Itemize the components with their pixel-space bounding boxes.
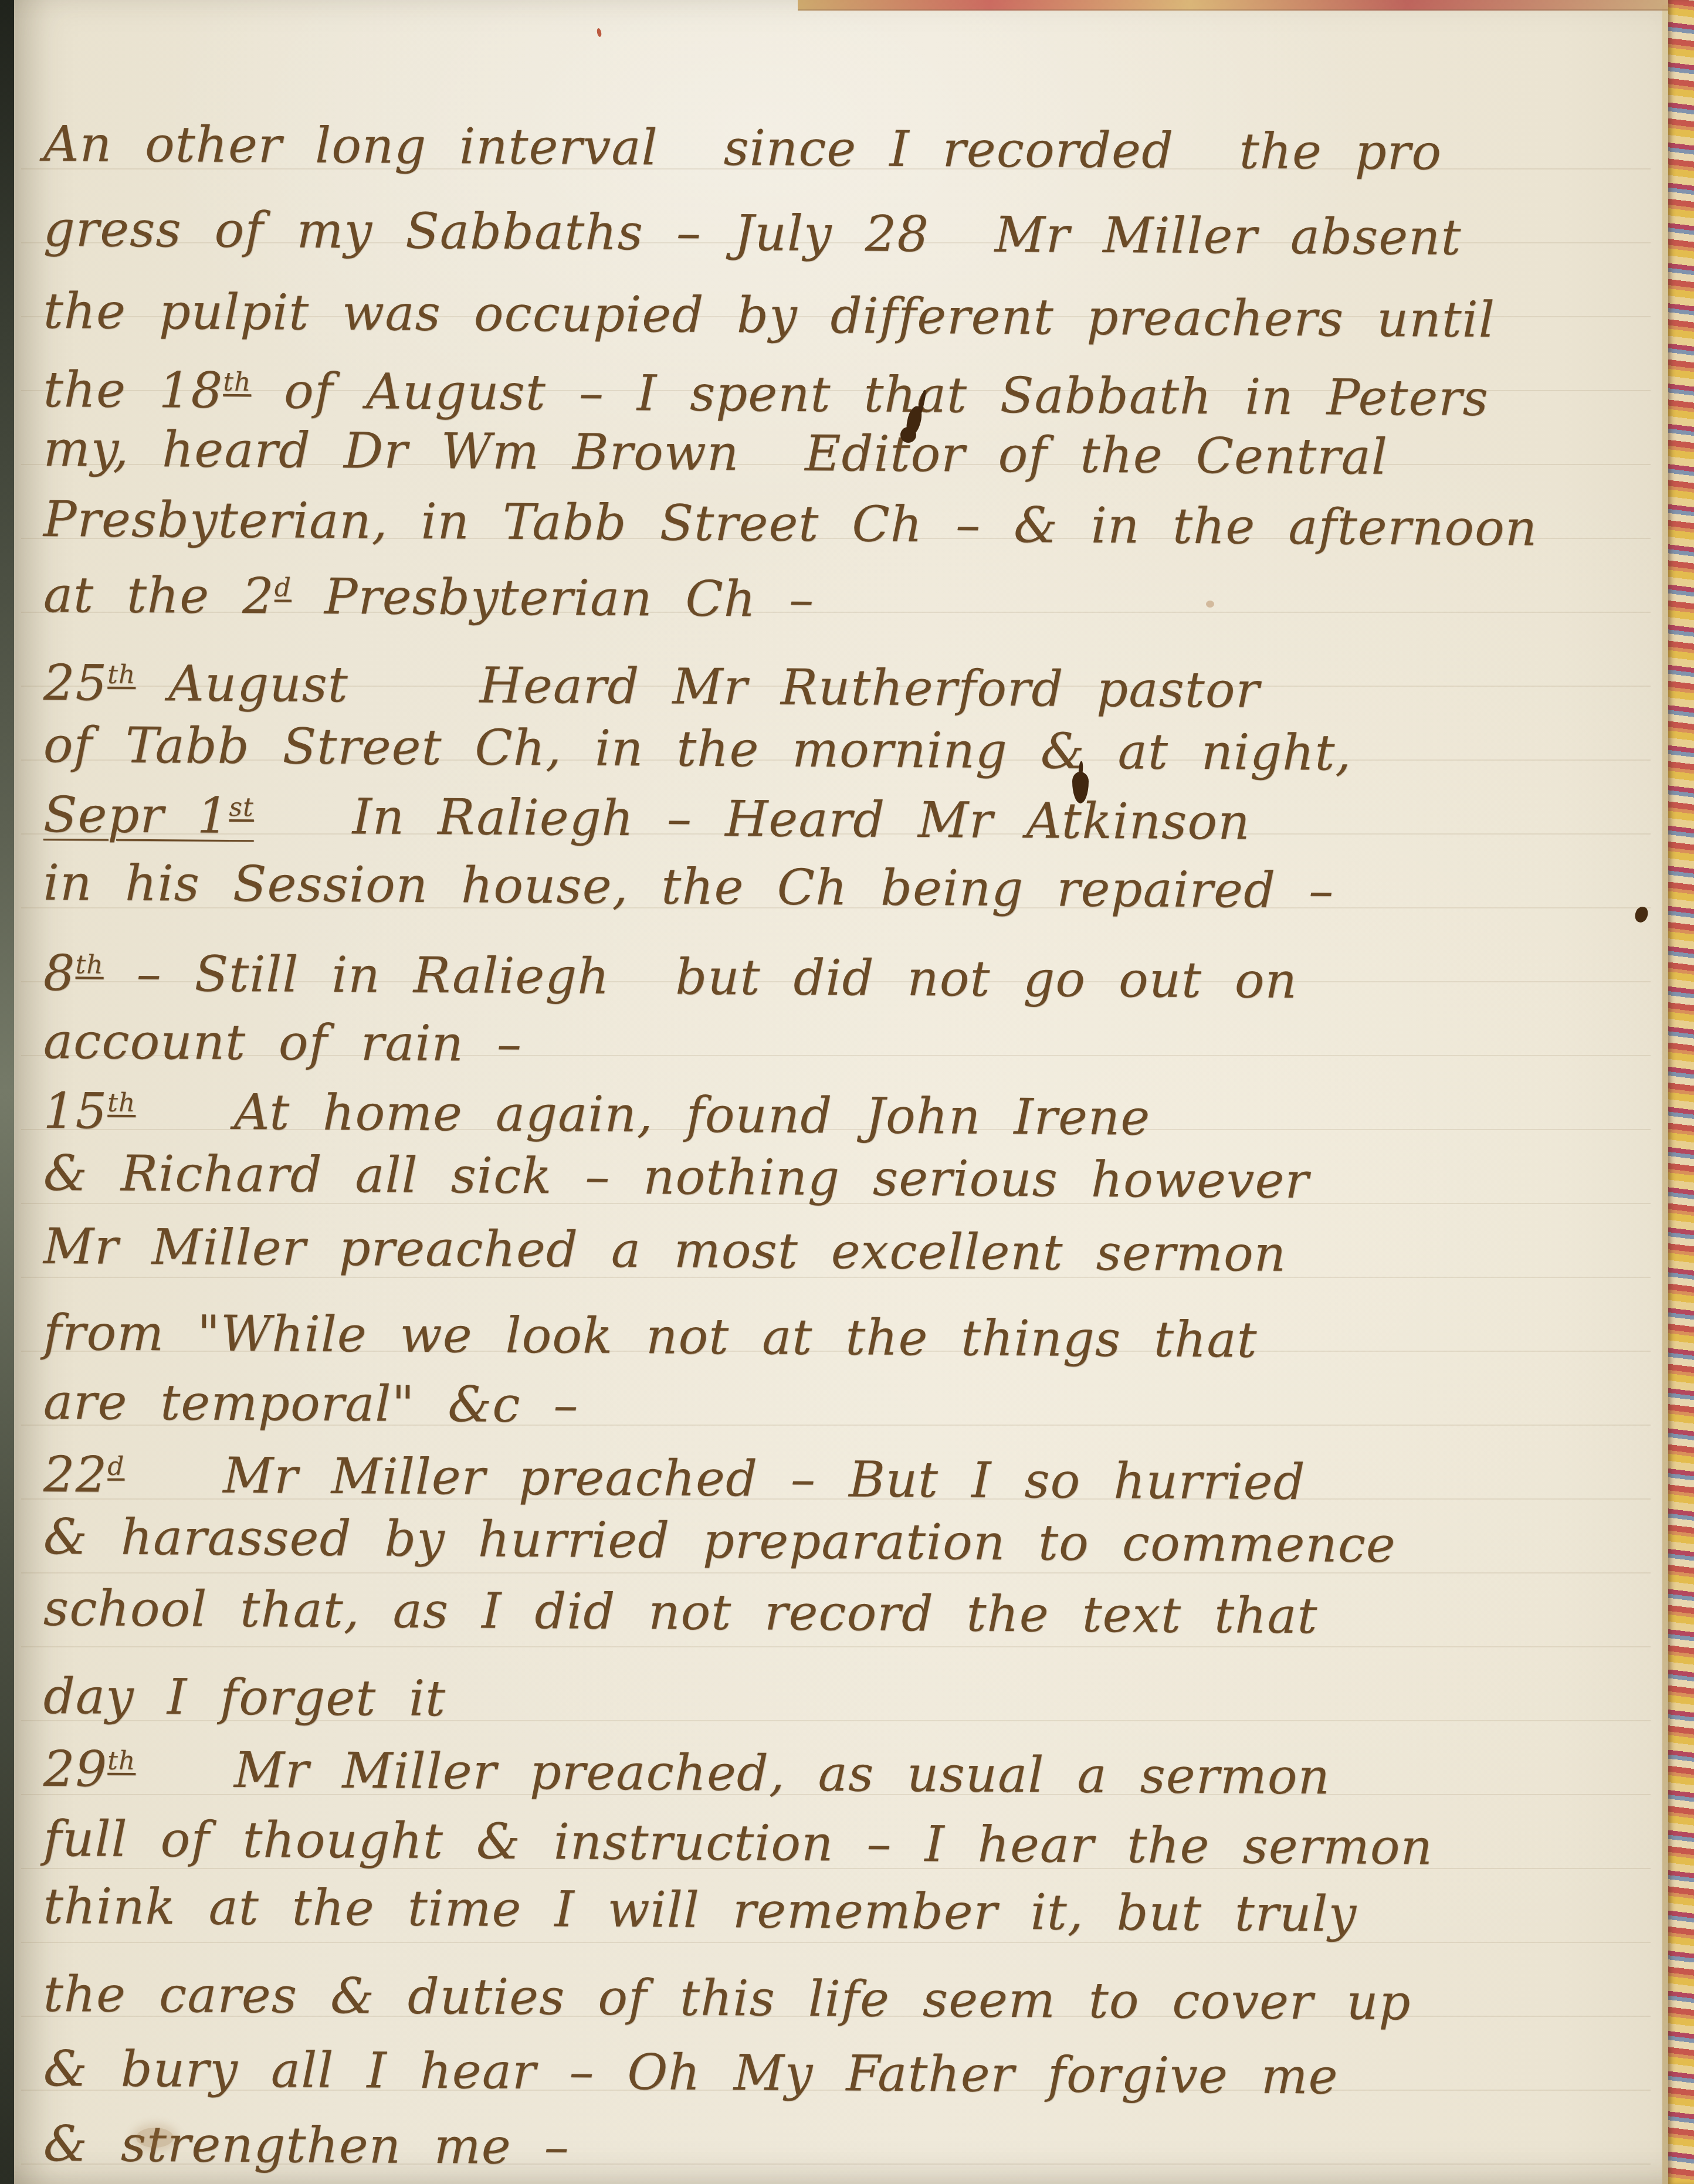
handwritten-line: at the 2d Presbyterian Ch –	[43, 550, 815, 636]
handwritten-line: in his Session house, the Ch being repai…	[43, 846, 1334, 927]
handwritten-line: Mr Miller preached a most excellent serm…	[43, 1209, 1287, 1291]
journal-page: An other long interval since I recorded …	[0, 0, 1694, 2184]
journal-page-photo: An other long interval since I recorded …	[0, 0, 1694, 2184]
manuscript-text: An other long interval since I recorded …	[0, 0, 1694, 2184]
handwritten-line: from "While we look not at the things th…	[43, 1296, 1258, 1377]
handwritten-line: & harassed by hurried preparation to com…	[43, 1500, 1397, 1582]
top-marbled-edge	[798, 0, 1668, 11]
handwritten-line: & Richard all sick – nothing serious how…	[43, 1136, 1310, 1218]
binding-edge	[0, 0, 14, 2184]
handwritten-line: think at the time I will remember it, bu…	[43, 1869, 1357, 1951]
handwritten-line: & strengthen me –	[43, 2107, 570, 2183]
ink-blot	[900, 427, 916, 443]
handwritten-line: gress of my Sabbaths – July 28 Mr Miller…	[43, 192, 1462, 274]
handwritten-line: the cares & duties of this life seem to …	[43, 1957, 1411, 2039]
handwritten-line: 8th – Still in Raliegh but did not go ou…	[43, 928, 1298, 1018]
handwritten-line: Sepr 1st In Raliegh – Heard Mr Atkinson	[43, 769, 1251, 859]
page-edge-highlight	[1662, 5, 1668, 2184]
handwritten-line: & bury all I hear – Oh My Father forgive…	[43, 2032, 1339, 2113]
handwritten-line: 29th Mr Miller preached, as usual a serm…	[43, 1724, 1331, 1813]
handwritten-line: my, heard Dr Wm Brown Editor of the Cent…	[43, 412, 1388, 494]
handwritten-line: the pulpit was occupied by different pre…	[43, 274, 1496, 357]
foxing-spot	[1206, 601, 1214, 608]
marbled-book-edge	[1668, 0, 1694, 2184]
ink-smudge	[136, 2128, 174, 2148]
handwritten-line: school that, as I did not record the tex…	[43, 1571, 1318, 1653]
handwritten-line: An other long interval since I recorded …	[43, 107, 1442, 189]
